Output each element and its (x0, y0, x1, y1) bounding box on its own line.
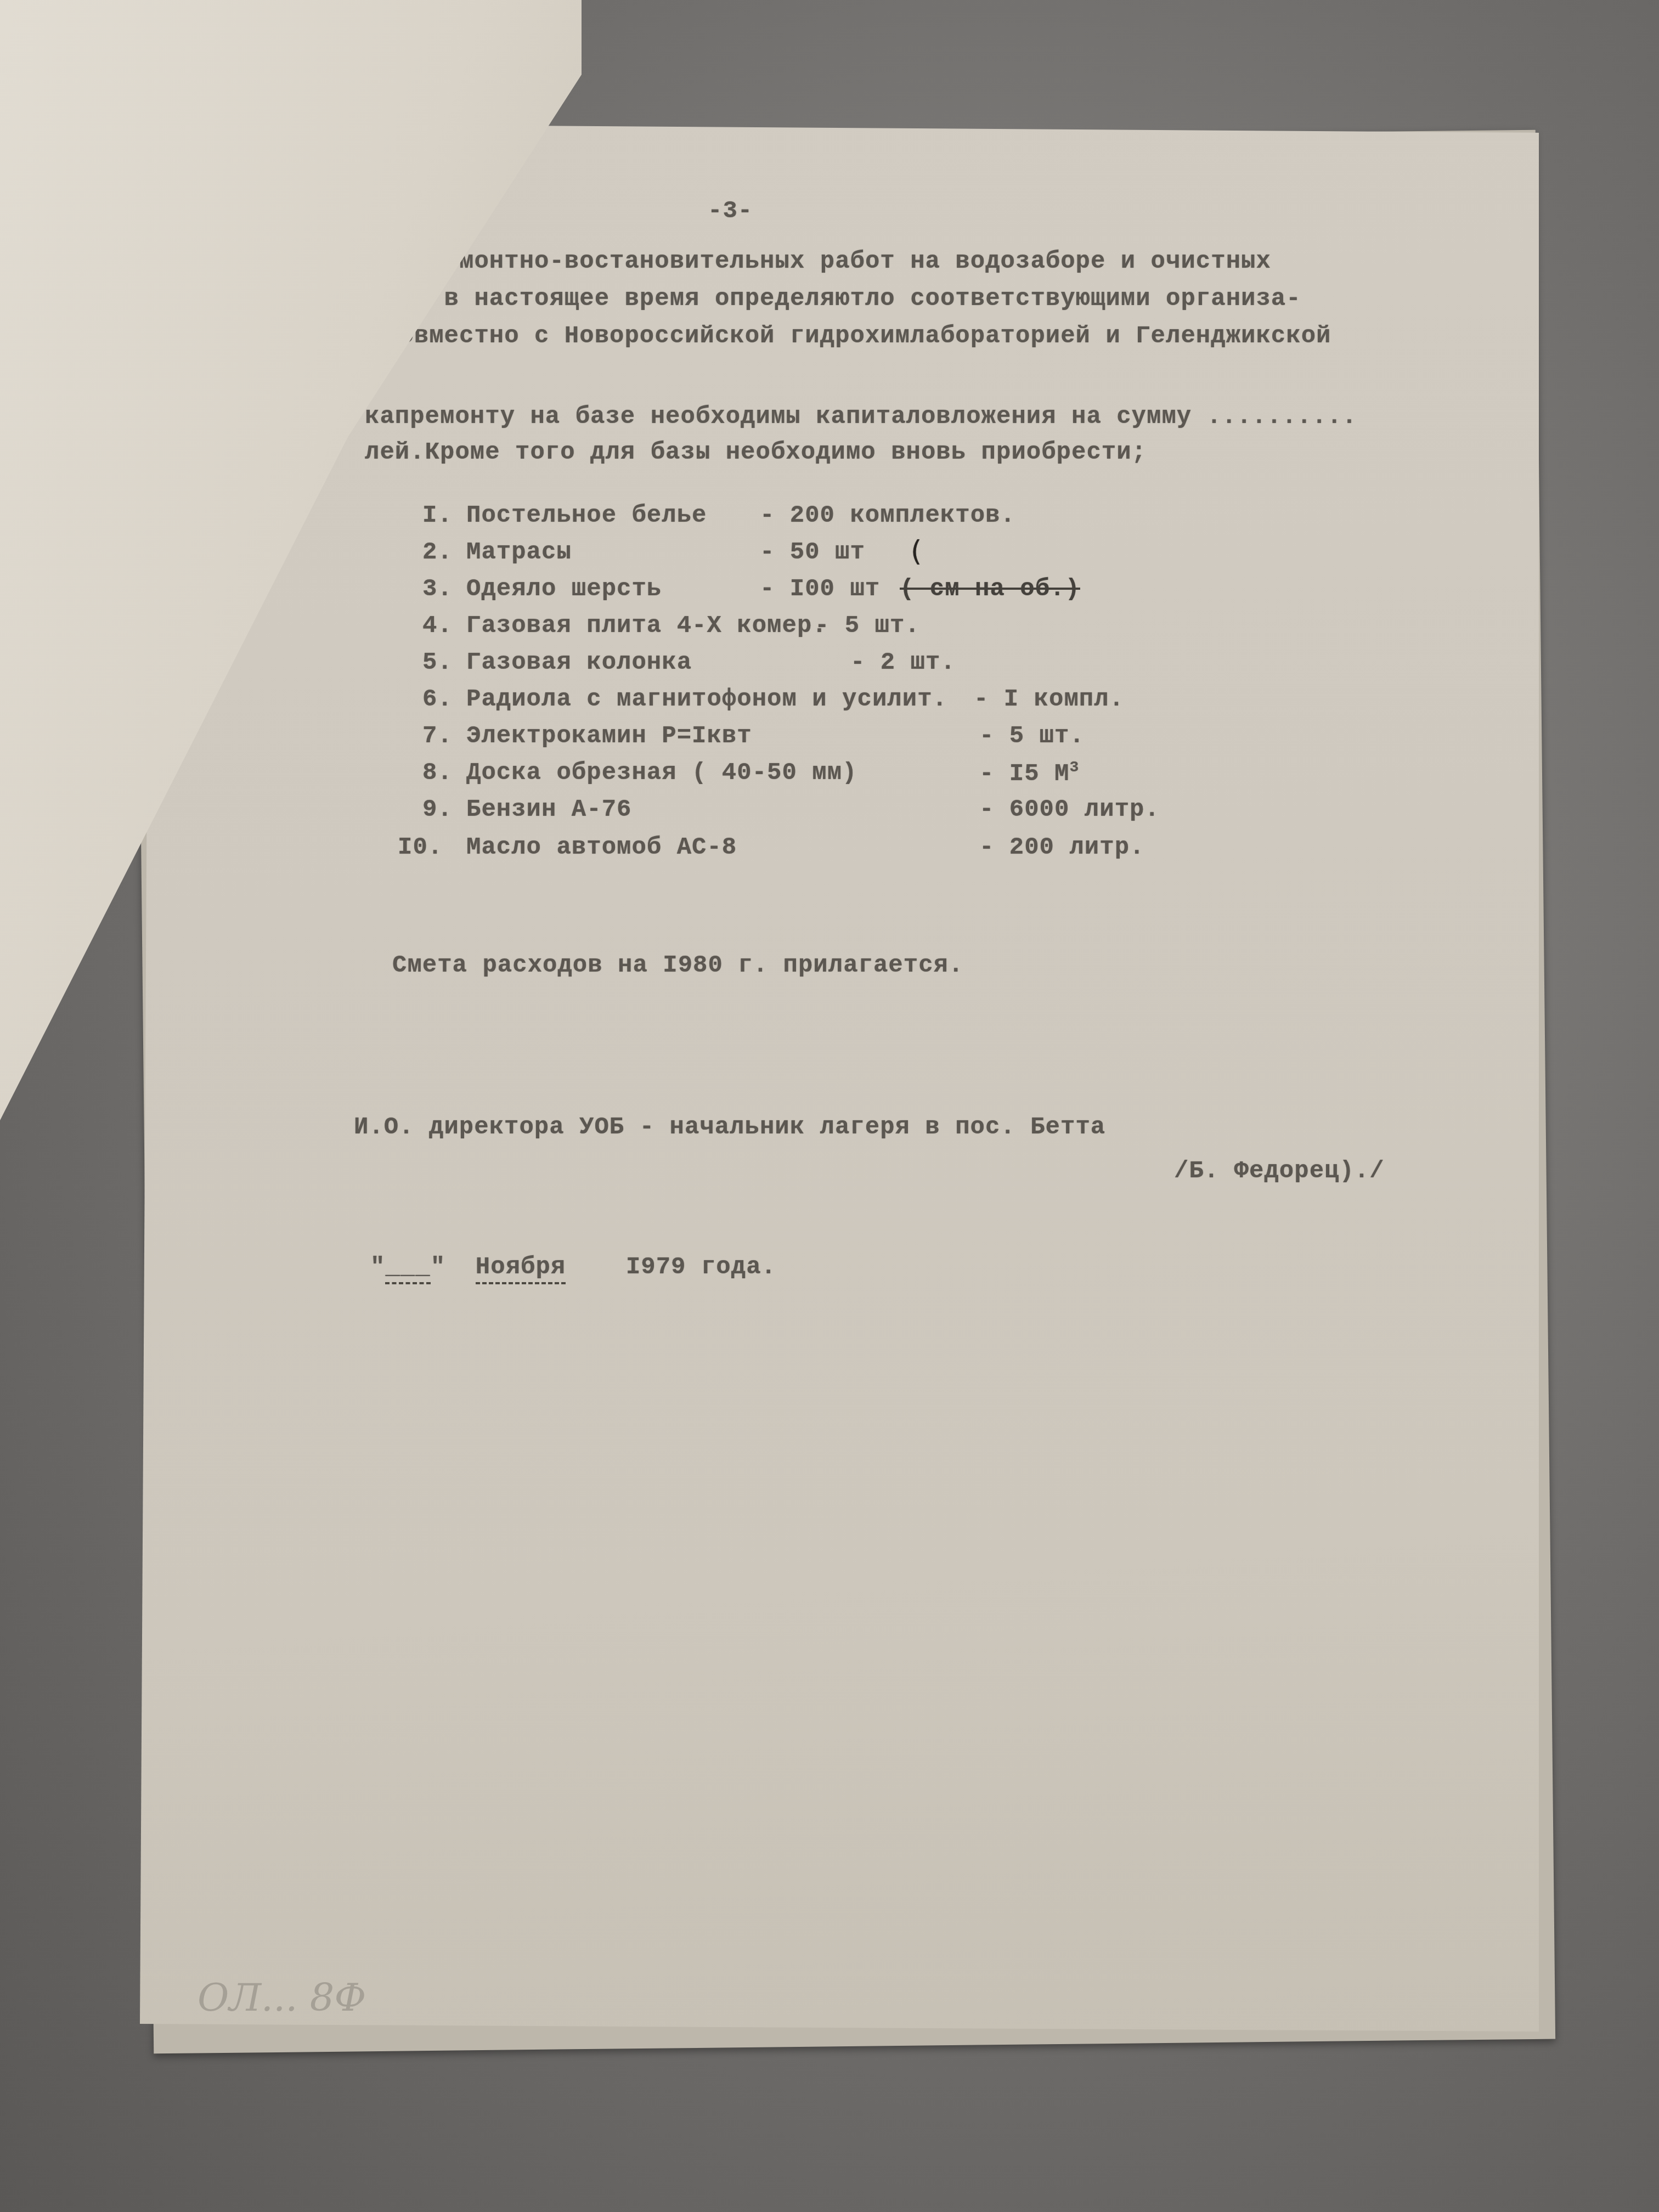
item-name: Бензин А-76 (466, 796, 631, 823)
handwritten-annotation: ( (911, 535, 922, 568)
item-number: 3. (422, 575, 453, 603)
item-name: Одеяло шерсть (466, 575, 662, 603)
water-stain (1544, 1508, 1659, 1738)
item-number: 7. (422, 723, 453, 750)
item-name: Газовая плита 4-Х комер. (466, 612, 827, 640)
item-quantity-value: - I5 М (979, 760, 1069, 788)
item-quantity: - I компл. (974, 686, 1124, 713)
item-number: 6. (422, 686, 453, 713)
item-name: Постельное белье (466, 502, 707, 529)
item-number: 9. (422, 796, 453, 823)
item-number: 8. (422, 759, 453, 787)
item-quantity: - 5 шт. (979, 723, 1085, 750)
item-quantity: - 200 литр. (979, 834, 1144, 861)
item-number: I0. (398, 834, 443, 861)
item-quantity: - 50 шт (760, 539, 865, 566)
item-name: Масло автомоб АС-8 (466, 834, 737, 861)
paragraph-line-3: совместно с Новороссийской гидрохимлабор… (384, 323, 1331, 350)
paragraph2-line-1: капремонту на базе необходимы капиталовл… (365, 403, 1357, 431)
date-day-quote-open: " (370, 1254, 385, 1281)
item-quantity: - I00 шт (760, 575, 880, 603)
corner-marks: ОЛ... 8Ф (198, 1975, 366, 2020)
item-name: Доска обрезная ( 40-50 мм) (466, 759, 857, 787)
item-name: Радиола с магнитофоном и усилит. (466, 686, 947, 713)
item-name: Электрокамин P=Iквт (466, 723, 752, 750)
page-number: -3- (708, 198, 753, 225)
date-day-quote-close: " (431, 1254, 445, 1281)
struck-note: ( см на об.) (900, 575, 1080, 603)
item-quantity: - 6000 литр. (979, 796, 1160, 823)
unit-superscript: 3 (1069, 759, 1079, 776)
paragraph2-line-2: лей.Кроме того для базы необходимо вновь… (365, 439, 1147, 466)
item-quantity: - 2 шт. (850, 649, 956, 676)
item-name: Газовая колонка (466, 649, 692, 676)
paragraph-line-2: лих в настоящее время определяютло соотв… (384, 285, 1301, 313)
paragraph-line-1: ми ремонтно-востановительных работ на во… (384, 248, 1271, 275)
item-quantity: - 5 шт. (815, 612, 920, 640)
date-month: Ноября (476, 1254, 566, 1284)
estimate-note: Смета расходов на I980 г. прилагается. (392, 952, 963, 979)
item-number: I. (422, 502, 453, 529)
item-quantity: - 200 комплектов. (760, 502, 1015, 529)
item-number: 4. (422, 612, 453, 640)
date-year: I979 года. (626, 1254, 776, 1281)
item-number: 2. (422, 539, 453, 566)
item-number: 5. (422, 649, 453, 676)
item-quantity: - I5 М3 (979, 759, 1079, 788)
date-day-blank: ___ (385, 1254, 430, 1284)
signatory-title: И.О. директора УОБ - начальник лагеря в … (354, 1114, 1105, 1141)
date-line: "___" Ноября I979 года. (370, 1254, 776, 1281)
signatory-name: /Б. Федорец)./ (1174, 1158, 1385, 1185)
item-name: Матрасы (466, 539, 572, 566)
